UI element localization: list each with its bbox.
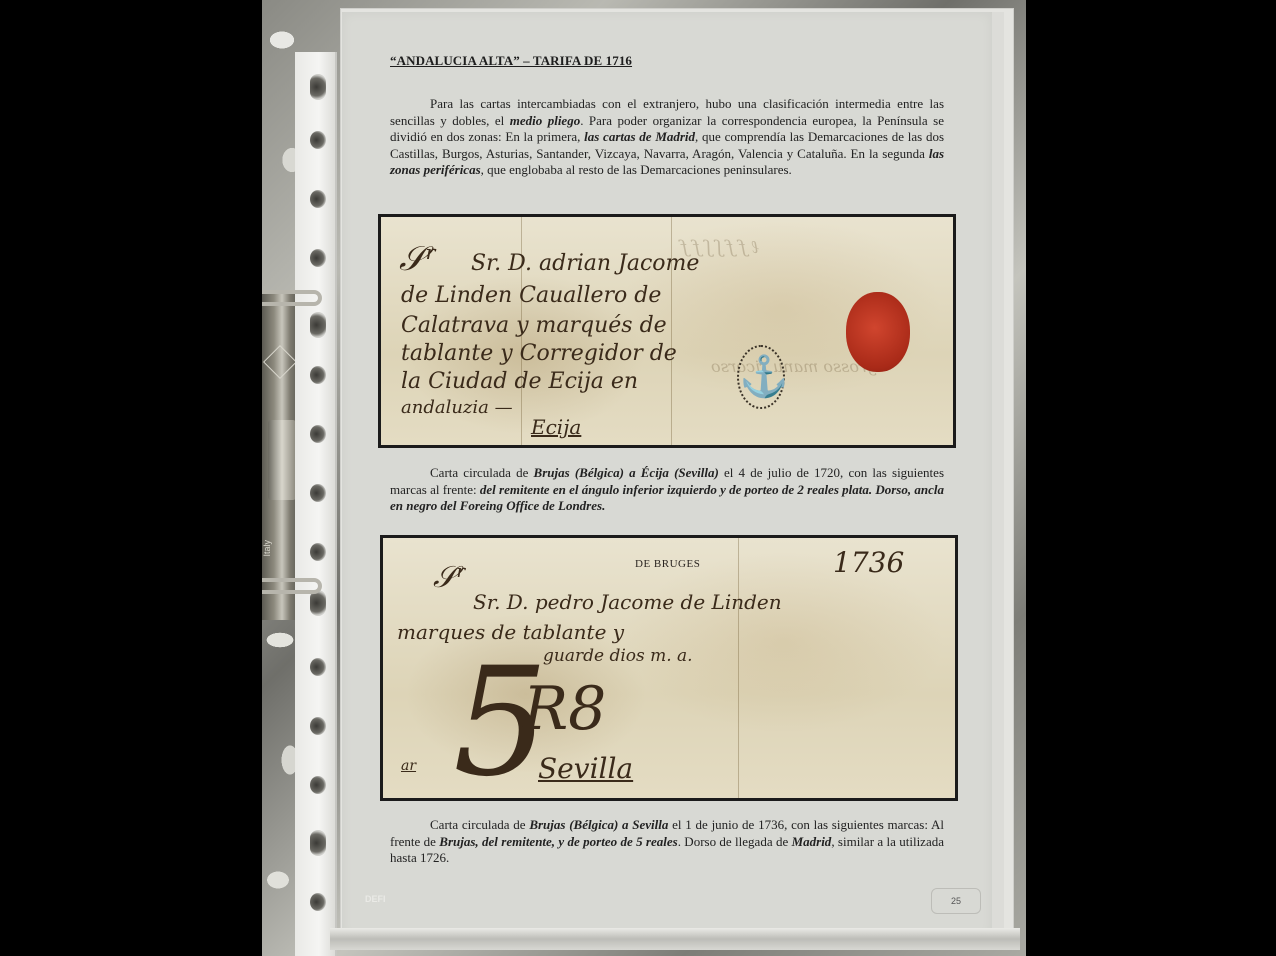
punch-hole: [310, 658, 326, 676]
punch-hole: [310, 717, 326, 735]
binder-ring: [262, 578, 322, 594]
punch-hole: [310, 543, 326, 561]
destination: Ecija: [531, 415, 581, 439]
caption-letter-2: Carta circulada de Brujas (Bélgica) a Se…: [390, 817, 944, 867]
address-line: Sr. D. adrian Jacome: [471, 251, 699, 276]
letter-1-cover: ℓ ƒ ƒ ʃ ʃ ƒ ƒ grosso manu ricorso 𝒮ʳ Sr.…: [378, 214, 956, 448]
sleeve-brand-mark: DEFI: [365, 894, 386, 904]
punch-hole: [310, 776, 326, 794]
anchor-mark-icon: ⚓: [737, 345, 785, 409]
punch-hole: [310, 74, 326, 100]
punch-hole: [310, 312, 326, 338]
salutation-flourish: 𝒮ʳ: [433, 560, 467, 595]
binder-clip: [268, 420, 296, 500]
address-line: Sr. D. pedro Jacome de Linden: [473, 590, 782, 614]
address-line: la Ciudad de Ecija en: [401, 369, 638, 394]
sleeve-bottom-edge: [330, 928, 1020, 950]
bruges-postmark: DE BRUGES: [635, 558, 700, 570]
punch-hole: [310, 425, 326, 443]
punch-hole: [310, 484, 326, 502]
caption-letter-1: Carta circulada de Brujas (Bélgica) a Éc…: [390, 465, 944, 515]
address-line: andaluzia —: [401, 397, 513, 418]
salutation-flourish: 𝒮ʳ: [399, 239, 437, 279]
address-line: de Linden Cauallero de: [401, 283, 661, 308]
address-line: tablante y Corregidor de: [401, 341, 677, 366]
fold-line: [738, 538, 739, 798]
address-line: Calatrava y marqués de: [401, 313, 667, 338]
binder-ring: [262, 290, 322, 306]
punch-hole: [310, 131, 326, 149]
punch-hole: [310, 830, 326, 856]
page-title: “ANDALUCIA ALTA” – TARIFA DE 1716: [390, 53, 632, 69]
punch-hole: [310, 249, 326, 267]
year-note: 1736: [833, 546, 904, 579]
sender-mark: ar: [401, 758, 416, 774]
binder-label: Italy: [262, 540, 292, 557]
letter-2-cover: DE BRUGES 1736 𝒮ʳ Sr. D. pedro Jacome de…: [380, 535, 958, 801]
page-number: 25: [931, 888, 981, 914]
punch-hole: [310, 893, 326, 911]
sleeve-perforated-strip: [295, 52, 337, 956]
address-line: guarde dios m. a.: [543, 646, 693, 666]
punch-hole: [310, 366, 326, 384]
reales-mark: R8: [523, 674, 606, 744]
punch-hole: [310, 190, 326, 208]
wax-seal: [846, 292, 910, 372]
destination: Sevilla: [538, 752, 633, 785]
intro-paragraph: Para las cartas intercambiadas con el ex…: [390, 96, 944, 179]
